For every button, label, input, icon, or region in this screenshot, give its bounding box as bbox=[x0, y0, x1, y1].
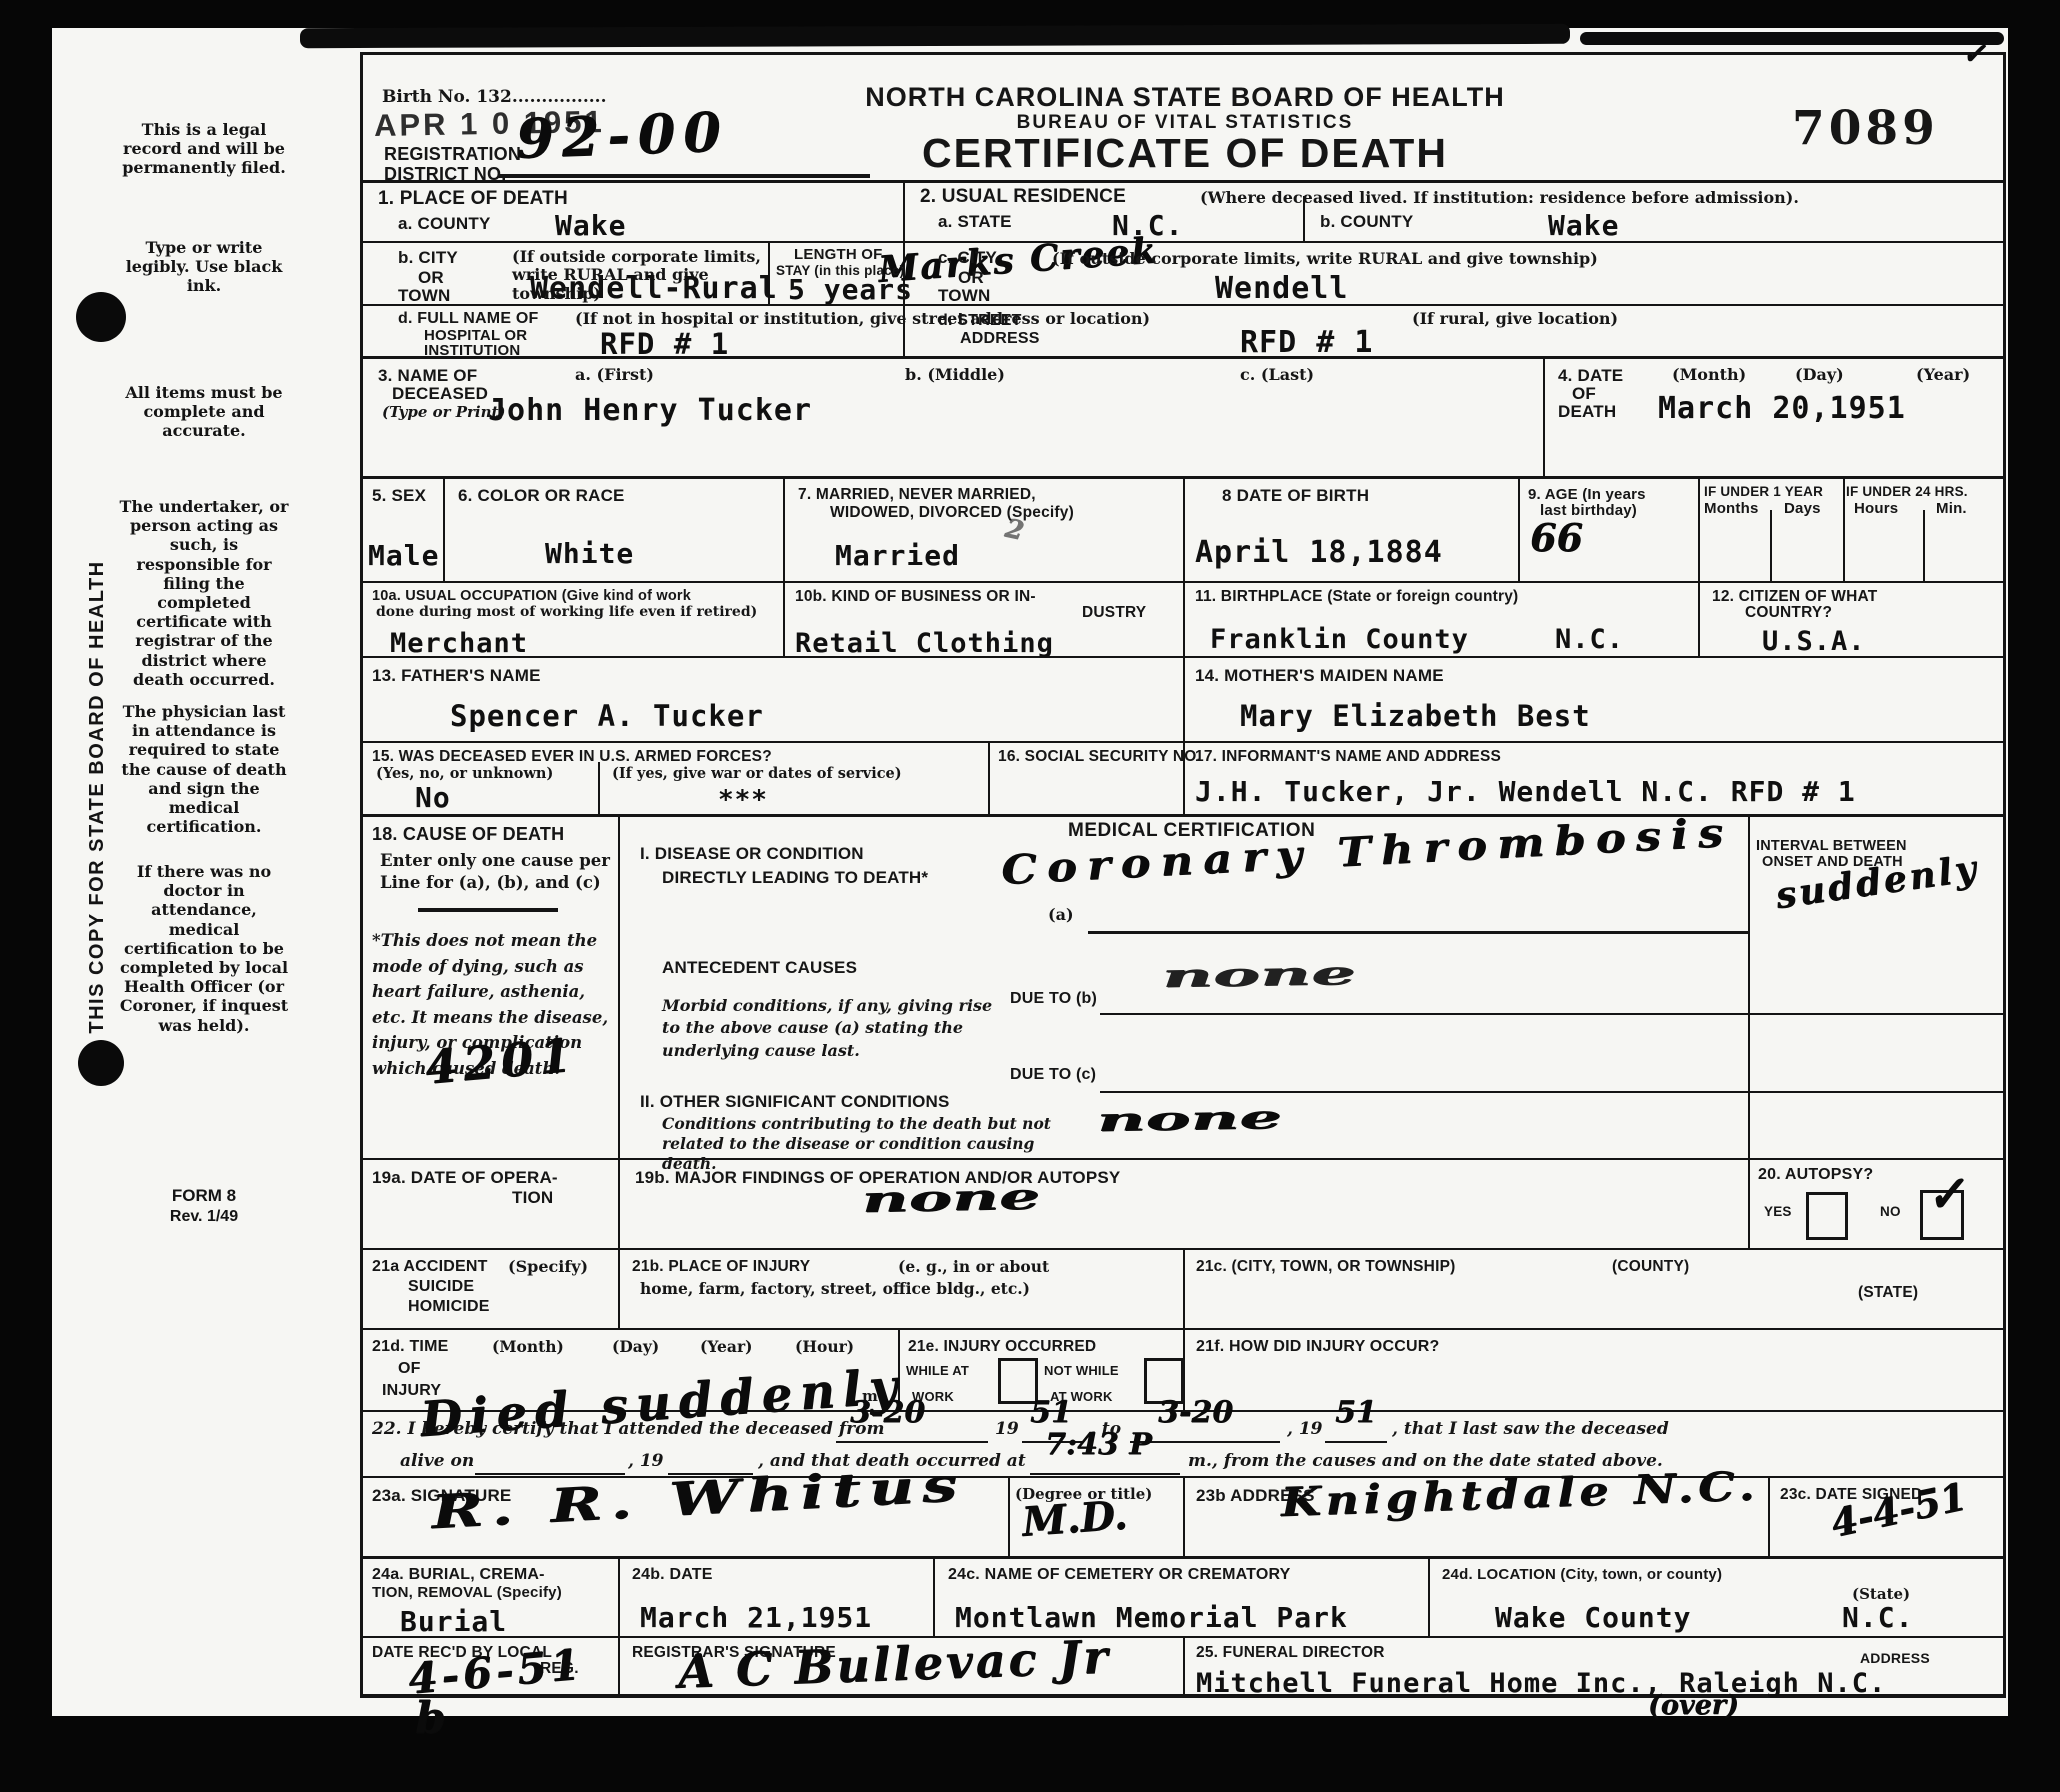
s18-due-to-c-label: DUE TO (c) bbox=[1010, 1066, 1096, 1084]
grid-line bbox=[1183, 476, 1185, 581]
s24b-value: March 21,1951 bbox=[640, 1602, 872, 1634]
s15-value-stars: *** bbox=[718, 786, 768, 816]
s1-stay-label-line1: LENGTH OF bbox=[794, 246, 882, 263]
s3-first-label: a. (First) bbox=[575, 366, 654, 384]
s15-label: 15. WAS DECEASED EVER IN U.S. ARMED FORC… bbox=[372, 748, 772, 766]
grid-line bbox=[618, 1556, 620, 1636]
s11-label: 11. BIRTHPLACE (State or foreign country… bbox=[1195, 588, 1518, 606]
punch-hole bbox=[76, 292, 126, 342]
s19a-label-line2: TION bbox=[512, 1188, 553, 1208]
s3-label-line2: DECEASED bbox=[392, 384, 488, 404]
s9-months-label: Months bbox=[1704, 500, 1759, 517]
grid-line bbox=[1183, 1248, 1185, 1328]
s25-funeral-address-label: ADDRESS bbox=[1860, 1650, 1930, 1666]
s17-label: 17. INFORMANT'S NAME AND ADDRESS bbox=[1195, 748, 1501, 766]
certificate-number: 7089 bbox=[1792, 102, 1939, 156]
s15-note1: (Yes, no, or unknown) bbox=[376, 766, 553, 783]
s18-morbid-note: Morbid conditions, if any, giving rise t… bbox=[662, 995, 1002, 1062]
grid-line bbox=[988, 741, 990, 814]
s21b-note-line2: home, farm, factory, street, office bldg… bbox=[640, 1280, 1030, 1298]
s18-disease-label-line2: DIRECTLY LEADING TO DEATH* bbox=[662, 868, 928, 888]
grid-line bbox=[360, 180, 2006, 183]
s10b-label-line1: 10b. KIND OF BUSINESS OR IN- bbox=[795, 588, 1036, 606]
s17-value: J.H. Tucker, Jr. Wendell N.C. RFD # 1 bbox=[1195, 776, 1856, 808]
margin-note-ink: Type or write legibly. Use black ink. bbox=[118, 238, 290, 296]
s22-text2: 19 bbox=[995, 1420, 1019, 1440]
s21d-label-line1: 21d. TIME bbox=[372, 1338, 448, 1356]
margin-note-legal: This is a legal record and will be perma… bbox=[118, 120, 290, 178]
s1-hospital-label-line1: d. FULL NAME OF bbox=[398, 310, 538, 328]
s20-no-label: NO bbox=[1880, 1204, 1901, 1220]
s10b-label-line2: DUSTRY bbox=[1082, 604, 1146, 622]
s2-street-label-line2: ADDRESS bbox=[960, 330, 1040, 348]
s5-label: 5. SEX bbox=[372, 486, 426, 506]
stray-mark-handwritten: b bbox=[415, 1694, 446, 1745]
s21e-label: 21e. INJURY OCCURRED bbox=[908, 1338, 1096, 1356]
margin-note-no-doctor: If there was no doctor in attendance, me… bbox=[118, 862, 290, 1035]
s7-label-line2: WIDOWED, DIVORCED (Specify) bbox=[830, 504, 1074, 522]
s4-day-label: (Day) bbox=[1795, 366, 1844, 384]
grid-line bbox=[618, 1636, 620, 1694]
s24b-label: 24b. DATE bbox=[632, 1566, 713, 1584]
grid-line bbox=[933, 1556, 935, 1636]
s1-city-value: Wendell-Rural bbox=[530, 272, 778, 307]
grid-line bbox=[1130, 1441, 1280, 1443]
s25-funeral-director-label: 25. FUNERAL DIRECTOR bbox=[1196, 1644, 1385, 1662]
s6-value: White bbox=[545, 538, 634, 570]
s2-heading-note: (Where deceased lived. If institution: r… bbox=[1200, 189, 1799, 207]
s21a-label-line2: SUICIDE bbox=[408, 1278, 474, 1296]
grid-line bbox=[418, 908, 558, 912]
s19b-findings-handwritten: none bbox=[860, 1177, 1041, 1222]
s2-city-label-or: OR bbox=[958, 268, 984, 288]
s22-hand-to-year: 51 bbox=[1335, 1396, 1377, 1431]
grid-line bbox=[1183, 1636, 1185, 1694]
s1-county-label: a. COUNTY bbox=[398, 214, 490, 234]
s2-city-label: c. CITY bbox=[938, 248, 997, 268]
certificate-title: CERTIFICATE OF DEATH bbox=[760, 130, 1610, 177]
margin-note-complete: All items must be complete and accurate. bbox=[118, 383, 290, 441]
s10a-label-line1: 10a. USUAL OCCUPATION (Give kind of work bbox=[372, 588, 691, 605]
s21d-year-label: (Year) bbox=[700, 1338, 752, 1356]
s1-city-label-or: OR bbox=[418, 268, 444, 288]
s2-city-label-town: TOWN bbox=[938, 286, 990, 306]
grid-line bbox=[360, 814, 2006, 817]
s2-county-value: Wake bbox=[1548, 210, 1619, 242]
s9-age-value: 66 bbox=[1530, 516, 1583, 560]
s2-city-note: (If outside corporate limits, write RURA… bbox=[1052, 250, 1598, 268]
grid-line bbox=[1008, 1476, 1010, 1556]
s18-note1-line1: Enter only one cause per bbox=[380, 852, 610, 871]
grid-line bbox=[360, 1158, 2006, 1160]
s1-county-value: Wake bbox=[555, 210, 626, 242]
s22-text7: , 19 bbox=[628, 1452, 664, 1472]
s25-funeral-director-value: Mitchell Funeral Home Inc., Raleigh N.C. bbox=[1196, 1668, 1886, 1699]
s21a-label-line3: HOMICIDE bbox=[408, 1298, 490, 1316]
grid-line bbox=[360, 52, 363, 1697]
s1-hospital-label-line3: INSTITUTION bbox=[424, 342, 520, 359]
s18-heading: 18. CAUSE OF DEATH bbox=[372, 824, 564, 845]
check-mark-top: ✓ bbox=[1962, 38, 1985, 70]
grid-line bbox=[1183, 581, 1185, 656]
grid-line bbox=[1748, 814, 1750, 1248]
s1-city-label-town: TOWN bbox=[398, 286, 450, 306]
grid-line bbox=[1543, 356, 1545, 476]
grid-line bbox=[1770, 510, 1772, 581]
s9-hours-label: Hours bbox=[1854, 500, 1898, 517]
s18-a-label: (a) bbox=[1048, 906, 1074, 924]
s21c-state-label: (STATE) bbox=[1858, 1284, 1918, 1302]
grid-line bbox=[783, 476, 785, 581]
s3-label-line1: 3. NAME OF bbox=[378, 366, 477, 386]
s1-stay-value: 5 years bbox=[788, 274, 913, 306]
s6-label: 6. COLOR OR RACE bbox=[458, 486, 625, 506]
s8-label: 8 DATE OF BIRTH bbox=[1222, 486, 1369, 506]
s8-value: April 18,1884 bbox=[1195, 536, 1443, 571]
s1-heading: 1. PLACE OF DEATH bbox=[378, 188, 568, 210]
s21a-specify-note: (Specify) bbox=[508, 1258, 588, 1276]
s2-heading: 2. USUAL RESIDENCE bbox=[920, 186, 1126, 208]
s18-due-to-b-label: DUE TO (b) bbox=[1010, 990, 1097, 1008]
s9-label-line1: 9. AGE (In years bbox=[1528, 486, 1646, 503]
s21c-label: 21c. (CITY, TOWN, OR TOWNSHIP) bbox=[1196, 1258, 1455, 1276]
s10a-label-line2: done during most of working life even if… bbox=[376, 604, 757, 620]
s2-street-note: (If rural, give location) bbox=[1412, 310, 1618, 328]
s21c-county-label: (COUNTY) bbox=[1612, 1258, 1689, 1276]
grid-line bbox=[1768, 1476, 1770, 1556]
grid-line bbox=[1183, 656, 1185, 741]
s18-note1-line2: Line for (a), (b), and (c) bbox=[380, 874, 601, 893]
grid-line bbox=[618, 814, 620, 1248]
s4-date-of-death-value: March 20,1951 bbox=[1658, 392, 1906, 427]
s22-text5: , that I last saw the deceased bbox=[1392, 1420, 1669, 1440]
s12-value: U.S.A. bbox=[1762, 626, 1866, 657]
s22-text6: alive on bbox=[400, 1452, 474, 1472]
s7-label-line1: 7. MARRIED, NEVER MARRIED, bbox=[798, 486, 1036, 504]
grid-line bbox=[360, 1556, 2006, 1559]
s21b-label: 21b. PLACE OF INJURY bbox=[632, 1258, 810, 1276]
s21d-month-label: (Month) bbox=[492, 1338, 564, 1356]
s24d-value-state: N.C. bbox=[1842, 1602, 1913, 1634]
s21f-label: 21f. HOW DID INJURY OCCUR? bbox=[1196, 1338, 1439, 1356]
grid-line bbox=[1923, 510, 1925, 581]
s19a-label-line1: 19a. DATE OF OPERA- bbox=[372, 1168, 558, 1188]
s4-label-line3: DEATH bbox=[1558, 402, 1616, 422]
s24a-label-line2: TION, REMOVAL (Specify) bbox=[372, 1584, 562, 1601]
s24a-value: Burial bbox=[400, 1606, 507, 1638]
s11-value-state: N.C. bbox=[1555, 624, 1624, 655]
s1-city-label: b. CITY bbox=[398, 248, 458, 268]
s4-month-label: (Month) bbox=[1672, 366, 1746, 384]
s12-label-line2: COUNTRY? bbox=[1745, 604, 1832, 622]
autopsy-yes-checkbox[interactable] bbox=[1806, 1192, 1848, 1240]
s3-label-line3: (Type or Print) bbox=[382, 404, 506, 421]
s5-value: Male bbox=[368, 540, 439, 572]
grid-line bbox=[1698, 581, 1700, 656]
s15-value-no: No bbox=[415, 782, 451, 814]
grid-line bbox=[360, 52, 2006, 55]
s22-hand-to-date: 3-20 bbox=[1158, 1396, 1233, 1431]
s2-state-label: a. STATE bbox=[938, 212, 1012, 232]
s11-value: Franklin County bbox=[1210, 624, 1469, 655]
s21e-while-line1: WHILE AT bbox=[906, 1364, 969, 1379]
s2-street-label-line1: d. STREET bbox=[938, 312, 1022, 330]
grid-line bbox=[2003, 52, 2006, 1698]
s24d-label: 24d. LOCATION (City, town, or county) bbox=[1442, 1566, 1722, 1583]
scan-edge-artifact bbox=[1580, 32, 2004, 45]
s9-min-label: Min. bbox=[1936, 500, 1967, 517]
s18-other-conditions-handwritten: none bbox=[1095, 1099, 1283, 1139]
grid-line bbox=[1518, 476, 1520, 581]
s22-hand-from-year: 51 bbox=[1030, 1396, 1072, 1431]
s2-city-value: Wendell bbox=[1215, 272, 1348, 307]
grid-line bbox=[1100, 1013, 2003, 1015]
registration-label-line2: DISTRICT NO. bbox=[384, 164, 506, 185]
s18-antecedent-heading: ANTECEDENT CAUSES bbox=[662, 958, 857, 978]
grid-line bbox=[443, 476, 445, 581]
s18-disease-label-line1: I. DISEASE OR CONDITION bbox=[640, 844, 864, 864]
margin-note-physician: The physician last in attendance is requ… bbox=[118, 702, 290, 836]
s1-hospital-note: (If not in hospital or institution, give… bbox=[575, 310, 1150, 328]
s15-note2: (If yes, give war or dates of service) bbox=[612, 766, 902, 783]
s18-interval-label-line1: INTERVAL BETWEEN bbox=[1756, 838, 1907, 855]
s14-value: Mary Elizabeth Best bbox=[1240, 700, 1591, 733]
s21d-day-label: (Day) bbox=[612, 1338, 659, 1356]
grid-line bbox=[1183, 1476, 1185, 1556]
s10b-value: Retail Clothing bbox=[795, 628, 1054, 659]
s4-year-label: (Year) bbox=[1916, 366, 1970, 384]
s4-label-line2: OF bbox=[1572, 384, 1596, 404]
s21e-notwhile-line1: NOT WHILE bbox=[1044, 1364, 1119, 1379]
s3-last-label: c. (Last) bbox=[1240, 366, 1314, 384]
district-number-handwritten: 92-00 bbox=[515, 100, 730, 169]
grid-line bbox=[1698, 476, 1700, 581]
s22-hand-time-of-death: 7:43 P bbox=[1045, 1428, 1152, 1463]
grid-line bbox=[1088, 931, 1748, 934]
s3-name-value: John Henry Tucker bbox=[488, 394, 812, 429]
registration-label-line1: REGISTRATION bbox=[384, 144, 521, 165]
grid-line bbox=[618, 1248, 620, 1328]
s2-street-value: RFD # 1 bbox=[1240, 326, 1373, 361]
s18-other-conditions-heading: II. OTHER SIGNIFICANT CONDITIONS bbox=[640, 1092, 950, 1112]
margin-vertical-text: THIS COPY FOR STATE BOARD OF HEALTH bbox=[86, 486, 109, 1108]
s24c-value: Montlawn Memorial Park bbox=[955, 1602, 1348, 1634]
s9-days-label: Days bbox=[1784, 500, 1821, 517]
s2-state-value: N.C. bbox=[1112, 210, 1183, 242]
s4-label-line1: 4. DATE bbox=[1558, 366, 1623, 386]
grid-line bbox=[598, 762, 600, 814]
grid-line bbox=[1030, 1473, 1180, 1475]
grid-line bbox=[1428, 1556, 1430, 1636]
grid-line bbox=[1100, 1091, 2003, 1093]
s2-county-label: b. COUNTY bbox=[1320, 212, 1413, 232]
s20-no-checkmark: ✓ bbox=[1923, 1166, 1967, 1223]
s9-under1-header: IF UNDER 1 YEAR bbox=[1704, 484, 1823, 500]
s3-middle-label: b. (Middle) bbox=[905, 366, 1005, 384]
s21d-label-line2: OF bbox=[398, 1360, 421, 1378]
s20-yes-label: YES bbox=[1764, 1204, 1792, 1220]
s21d-hour-label: (Hour) bbox=[795, 1338, 854, 1356]
s13-value: Spencer A. Tucker bbox=[450, 700, 764, 733]
s16-label: 16. SOCIAL SECURITY NO. bbox=[998, 748, 1201, 766]
s20-label: 20. AUTOPSY? bbox=[1758, 1166, 1873, 1184]
s10a-value: Merchant bbox=[390, 628, 528, 659]
s1-hospital-value: RFD # 1 bbox=[600, 328, 729, 361]
grid-line bbox=[836, 1441, 988, 1443]
form-number: FORM 8 bbox=[118, 1186, 290, 1206]
s23-degree-handwritten: M.D. bbox=[1021, 1492, 1129, 1545]
scanned-death-certificate: THIS COPY FOR STATE BOARD OF HEALTH This… bbox=[0, 0, 2060, 1792]
board-title: NORTH CAROLINA STATE BOARD OF HEALTH bbox=[760, 82, 1610, 113]
s14-label: 14. MOTHER'S MAIDEN NAME bbox=[1195, 666, 1444, 686]
s21b-note-line1: (e. g., in or about bbox=[898, 1258, 1049, 1276]
s18-other-conditions-note: Conditions contributing to the death but… bbox=[662, 1114, 1092, 1174]
s9-under24-header: IF UNDER 24 HRS. bbox=[1846, 484, 1968, 500]
grid-line bbox=[475, 1473, 625, 1475]
s18-cause-b-handwritten: none bbox=[1160, 955, 1357, 995]
s24a-label-line1: 24a. BURIAL, CREMA- bbox=[372, 1566, 545, 1584]
over-note-handwritten: (over) bbox=[1648, 1690, 1739, 1721]
s13-label: 13. FATHER'S NAME bbox=[372, 666, 541, 686]
margin-note-undertaker: The undertaker, or person acting as such… bbox=[118, 497, 290, 689]
grid-line bbox=[1325, 1441, 1387, 1443]
s7-value: Married bbox=[835, 540, 960, 572]
s22-text4: , 19 bbox=[1287, 1420, 1323, 1440]
s21a-label-line1: 21a ACCIDENT bbox=[372, 1258, 488, 1276]
grid-line bbox=[1843, 476, 1845, 581]
s24c-label: 24c. NAME OF CEMETERY OR CREMATORY bbox=[948, 1566, 1291, 1584]
form-revision: Rev. 1/49 bbox=[118, 1207, 290, 1226]
grid-line bbox=[783, 581, 785, 656]
s24d-value: Wake County bbox=[1495, 1602, 1691, 1634]
